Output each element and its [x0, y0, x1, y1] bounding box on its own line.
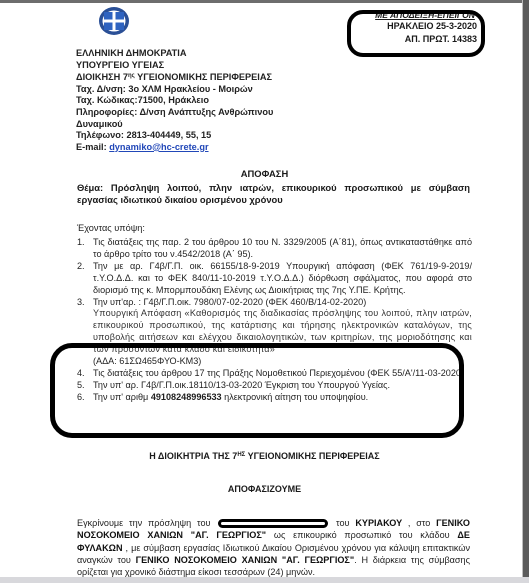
father-name: ΚΥΡΙΑΚΟΥ	[355, 518, 402, 528]
header-info-cont: Δυναμικού	[76, 119, 273, 131]
redacted-name	[218, 519, 328, 528]
list-item: 2. Την με αρ. Γ4β/Γ.Π. οικ. 66155/18-9-2…	[77, 261, 472, 297]
header-ministry: ΥΠΟΥΡΓΕΙΟ ΥΓΕΙΑΣ	[76, 60, 273, 72]
directorate-heading: Η ΔΙΟΙΚΗΤΡΙΑ ΤΗΣ 7ΗΣ ΥΓΕΙΟΝΟΜΙΚΗΣ ΠΕΡΙΦΕ…	[60, 451, 469, 461]
list-item: 1. Τις διατάξεις της παρ. 2 του άρθρου 1…	[77, 237, 472, 261]
decision-subject: Θέμα: Πρόσληψη λοιπού, πλην ιατρών, επικ…	[77, 182, 470, 206]
approval-paragraph: Εγκρίνουμε την πρόσληψη του του ΚΥΡΙΑΚΟΥ…	[77, 517, 470, 578]
viewer-bottom-border	[0, 577, 529, 583]
header-phone: Τηλέφωνο: 2813-404449, 55, 15	[76, 130, 273, 142]
header-address: Ταχ. Δ/νση: 3ο ΧΛΜ Ηρακλείου - Μοιρών	[76, 84, 273, 96]
header-email: E-mail: dynamiko@hc-crete.gr	[76, 142, 273, 154]
header-country: ΕΛΛΗΝΙΚΗ ΔΗΜΟΚΡΑΤΙΑ	[76, 48, 273, 60]
hospital-name: ΓΕΝΙΚΟ ΝΟΣΟΚΟΜΕΙΟ ΧΑΝΙΩΝ "ΑΓ. ΓΕΩΡΓΙΟΣ"	[136, 555, 355, 565]
hand-drawn-highlight-oval	[50, 343, 464, 438]
header-directorate: ΔΙΟΙΚΗΣΗ 7ης ΥΓΕΙΟΝΟΜΙΚΗΣ ΠΕΡΙΦΕΡΕΙΑΣ	[76, 71, 273, 84]
considering-label: Έχοντας υπόψη:	[77, 222, 470, 234]
decide-heading: ΑΠΟΦΑΣΙΖΟΥΜΕ	[60, 484, 469, 494]
decision-title: ΑΠΟΦΑΣΗ	[60, 168, 469, 179]
greek-state-emblem-icon	[98, 6, 130, 36]
email-link[interactable]: dynamiko@hc-crete.gr	[109, 142, 208, 152]
sender-header: ΕΛΛΗΝΙΚΗ ΔΗΜΟΚΡΑΤΙΑ ΥΠΟΥΡΓΕΙΟ ΥΓΕΙΑΣ ΔΙΟ…	[76, 48, 273, 153]
viewer-scrollbar[interactable]	[523, 0, 529, 583]
hand-drawn-highlight-oval	[347, 10, 485, 57]
header-postcode: Ταχ. Κώδικας:71500, Ηράκλειο	[76, 95, 273, 107]
header-info: Πληροφορίες: Δ/νση Ανάπτυξης Ανθρώπινου	[76, 107, 273, 119]
